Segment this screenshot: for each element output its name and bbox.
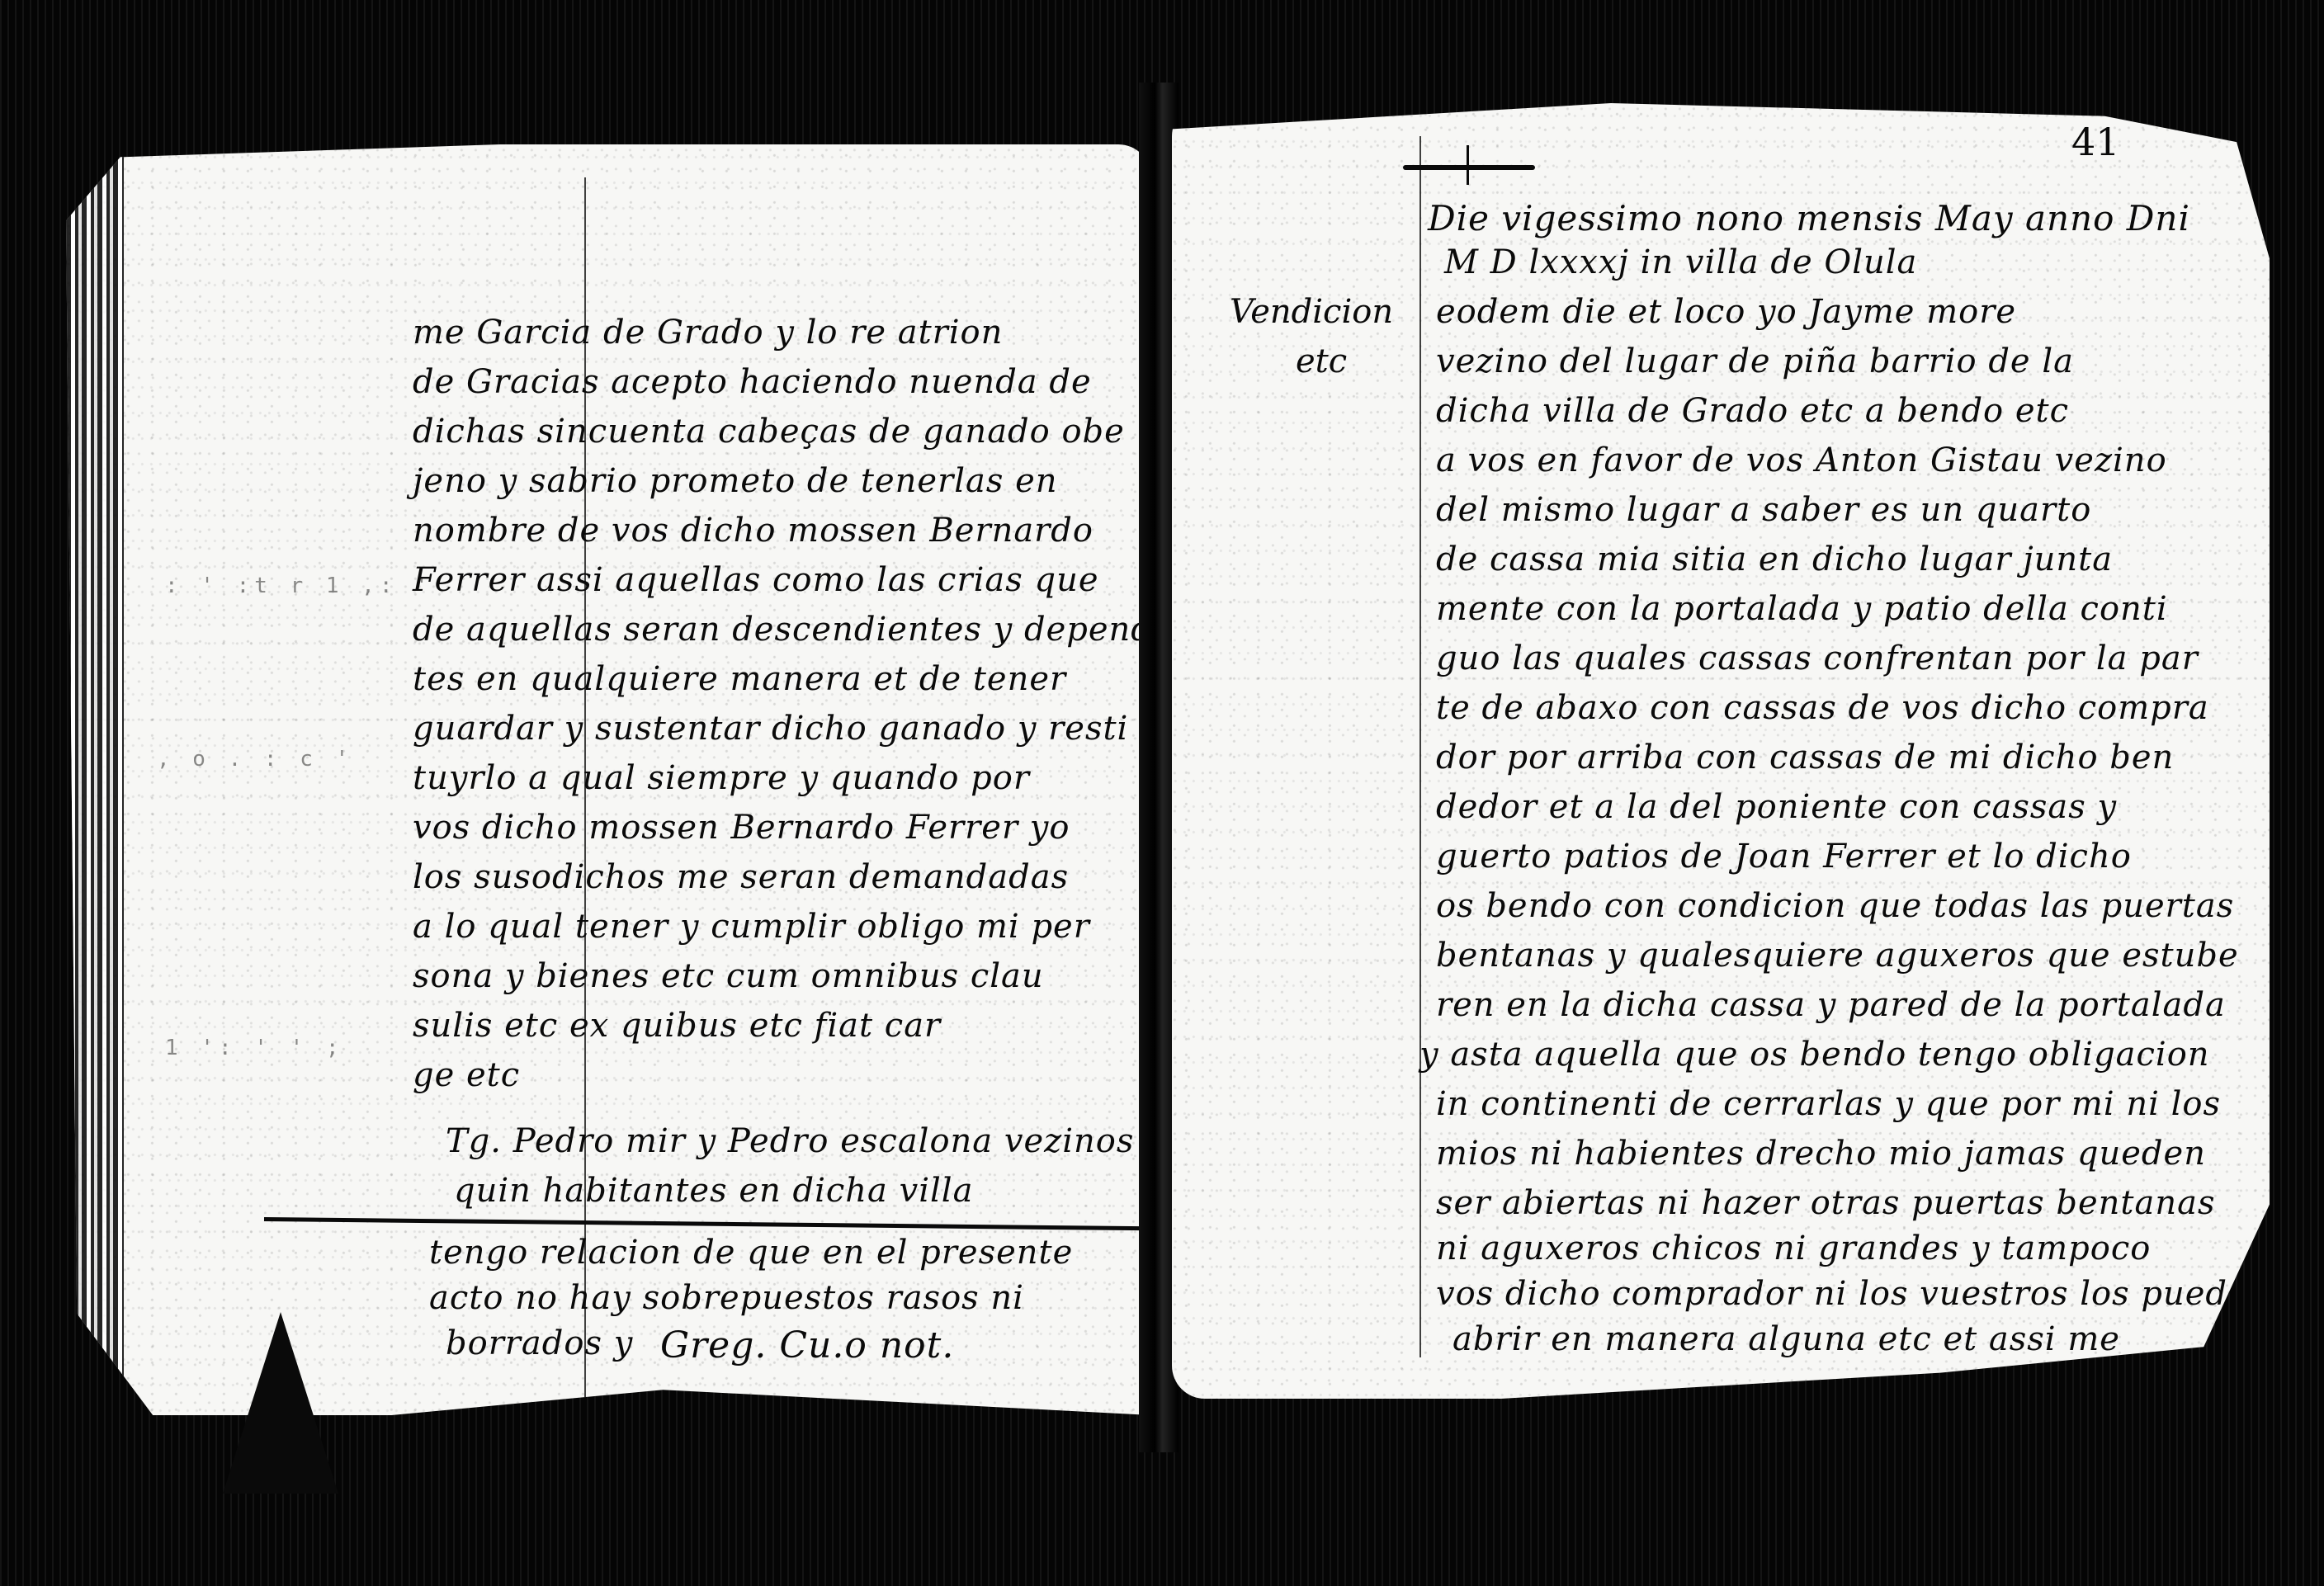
witness-line: Tg. Pedro mir y Pedro escalona vezinos (446, 1122, 1134, 1160)
text-line: eodem die et loco yo Jayme more (1436, 293, 2016, 331)
entry-separator-rule (264, 1217, 1155, 1230)
text-line: dedor et a la del poniente con cassas y (1436, 788, 2117, 826)
text-line: te de abaxo con cassas de vos dicho comp… (1436, 689, 2209, 727)
text-line: dichas sincuenta cabeças de ganado obe (413, 413, 1125, 451)
text-line: nombre de vos dicho mossen Bernardo (413, 512, 1094, 550)
text-line: sulis etc ex quibus etc fiat car (413, 1007, 941, 1045)
text-line: guerto patios de Joan Ferrer et lo dicho (1436, 838, 2132, 876)
margin-note-etc: etc (1296, 342, 1347, 380)
date-heading-line: M D lxxxxj in villa de Olula (1444, 243, 1917, 281)
text-line: os bendo con condicion que todas las pue… (1436, 887, 2234, 925)
text-line: vos dicho mossen Bernardo Ferrer yo (413, 809, 1070, 847)
text-line: guo las quales cassas confrentan por la … (1436, 640, 2199, 677)
text-line: y asta aquella que os bendo tengo obliga… (1419, 1036, 2210, 1074)
text-line: bentanas y qualesquiere aguxeros que est… (1436, 937, 2239, 975)
text-line: tuyrlo a qual siempre y quando por (413, 759, 1030, 797)
text-line: ni aguxeros chicos ni grandes y tampoco (1436, 1230, 2151, 1267)
notary-note-line: tengo relacion de que en el presente (429, 1234, 1073, 1272)
right-page: 41 Die vigessimo nono mensis May anno Dn… (1172, 103, 2270, 1399)
text-line: mios ni habientes drecho mio jamas quede… (1436, 1135, 2206, 1173)
text-line: tes en qualquiere manera et de tener (413, 660, 1066, 698)
right-page-ruling-line (1419, 136, 1421, 1357)
text-line: guardar y sustentar dicho ganado y resti (413, 710, 1128, 748)
bleed-through-text: 1 ': ' ' ; (165, 1036, 344, 1060)
text-line: ren en la dicha cassa y pared de la port… (1436, 986, 2226, 1024)
text-line: jeno y sabrio prometo de tenerlas en (413, 462, 1058, 500)
cross-heading-mark (1403, 165, 1535, 170)
text-line: sona y bienes etc cum omnibus clau (413, 957, 1044, 995)
notary-note-line: borrados y (446, 1324, 633, 1362)
text-line: abrir en manera alguna etc et assi me (1452, 1320, 2120, 1358)
text-line: ge etc (413, 1056, 520, 1094)
text-line: de aquellas seran descendientes y depend… (413, 611, 1207, 649)
date-heading-line: Die vigessimo nono mensis May anno Dni (1428, 198, 2190, 238)
witness-line: quin habitantes en dicha villa (454, 1172, 973, 1210)
text-line: Ferrer assi aquellas como las crias que (413, 561, 1099, 599)
notary-signature: Greg. Cu.o not. (660, 1324, 954, 1367)
text-line: in continenti de cerrarlas y que por mi … (1436, 1085, 2221, 1123)
bleed-through-text: , o . : c ' (157, 747, 353, 772)
text-line: dicha villa de Grado etc a bendo etc (1436, 392, 2069, 430)
text-line: vos dicho comprador ni los vuestros los … (1436, 1275, 2270, 1313)
bleed-through-text: : ' :t r 1 ,: ' (165, 574, 433, 598)
notary-note-line: acto no hay sobrepuestos rasos ni (429, 1279, 1024, 1317)
page-clip-shadow (223, 1312, 338, 1494)
text-line: mente con la portalada y patio della con… (1436, 590, 2168, 628)
left-page: : ' :t r 1 ,: ' , o . : c ' 1 ': ' ' ; m… (66, 144, 1151, 1415)
text-line: dor por arriba con cassas de mi dicho be… (1436, 739, 2174, 776)
manuscript-scan: : ' :t r 1 ,: ' , o . : c ' 1 ': ' ' ; m… (0, 0, 2324, 1586)
text-line: ser abiertas ni hazer otras puertas bent… (1436, 1184, 2216, 1222)
text-line: me Garcia de Grado y lo re atrion (413, 314, 1003, 352)
text-line: del mismo lugar a saber es un quarto (1436, 491, 2091, 529)
text-line: a vos en favor de vos Anton Gistau vezin… (1436, 441, 2167, 479)
text-line: de cassa mia sitia en dicho lugar junta (1436, 540, 2113, 578)
text-line: de Gracias acepto haciendo nuenda de (413, 363, 1092, 401)
folio-number: 41 (2071, 120, 2120, 164)
margin-note-title: Vendicion (1230, 293, 1393, 331)
text-line: los susodichos me seran demandadas (413, 858, 1069, 896)
text-line: vezino del lugar de piña barrio de la (1436, 342, 2074, 380)
text-line: a lo qual tener y cumplir obligo mi per (413, 908, 1090, 946)
